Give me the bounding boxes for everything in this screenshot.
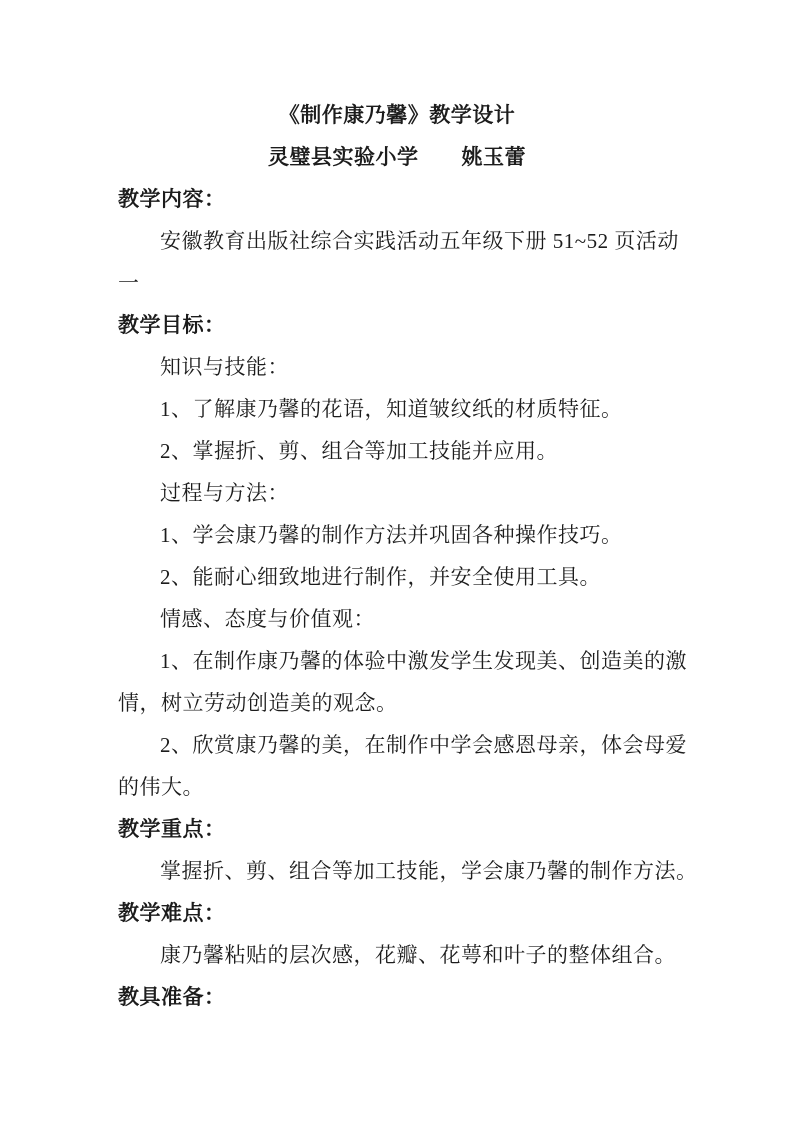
document-page: 《制作康乃馨》教学设计灵璧县实验小学 姚玉蕾教学内容：安徽教育出版社综合实践活动… [0,0,793,1122]
para-ks-item-1: 1、了解康乃馨的花语，知道皱纹纸的材质特征。 [118,388,676,430]
doc-title: 《制作康乃馨》教学设计 [118,94,676,136]
para-pm-item-2: 2、能耐心细致地进行制作，并安全使用工具。 [118,556,676,598]
para-knowledge-skills: 知识与技能： [118,346,676,388]
heading-key-points: 教学重点： [118,808,676,850]
para-ev-item-2-line-1: 2、欣赏康乃馨的美，在制作中学会感恩母亲，体会母爱 [118,724,676,766]
para-difficult-points: 康乃馨粘贴的层次感，花瓣、花萼和叶子的整体组合。 [118,934,676,976]
heading-difficult-points: 教学难点： [118,892,676,934]
para-ev-item-1-line-1: 1、在制作康乃馨的体验中激发学生发现美、创造美的激 [118,640,676,682]
para-key-points: 掌握折、剪、组合等加工技能，学会康乃馨的制作方法。 [118,850,676,892]
para-content-line-2: 一 [118,262,676,304]
para-process-methods: 过程与方法： [118,472,676,514]
doc-byline: 灵璧县实验小学 姚玉蕾 [118,136,676,178]
heading-teaching-goals: 教学目标： [118,304,676,346]
heading-teaching-aids: 教具准备： [118,976,676,1018]
para-emotion-values: 情感、态度与价值观： [118,598,676,640]
document-body: 《制作康乃馨》教学设计灵璧县实验小学 姚玉蕾教学内容：安徽教育出版社综合实践活动… [118,94,676,1018]
para-pm-item-1: 1、学会康乃馨的制作方法并巩固各种操作技巧。 [118,514,676,556]
heading-teaching-content: 教学内容： [118,178,676,220]
para-ev-item-2-line-2: 的伟大。 [118,766,676,808]
para-content-line-1: 安徽教育出版社综合实践活动五年级下册 51~52 页活动 [118,220,676,262]
para-ks-item-2: 2、掌握折、剪、组合等加工技能并应用。 [118,430,676,472]
para-ev-item-1-line-2: 情，树立劳动创造美的观念。 [118,682,676,724]
